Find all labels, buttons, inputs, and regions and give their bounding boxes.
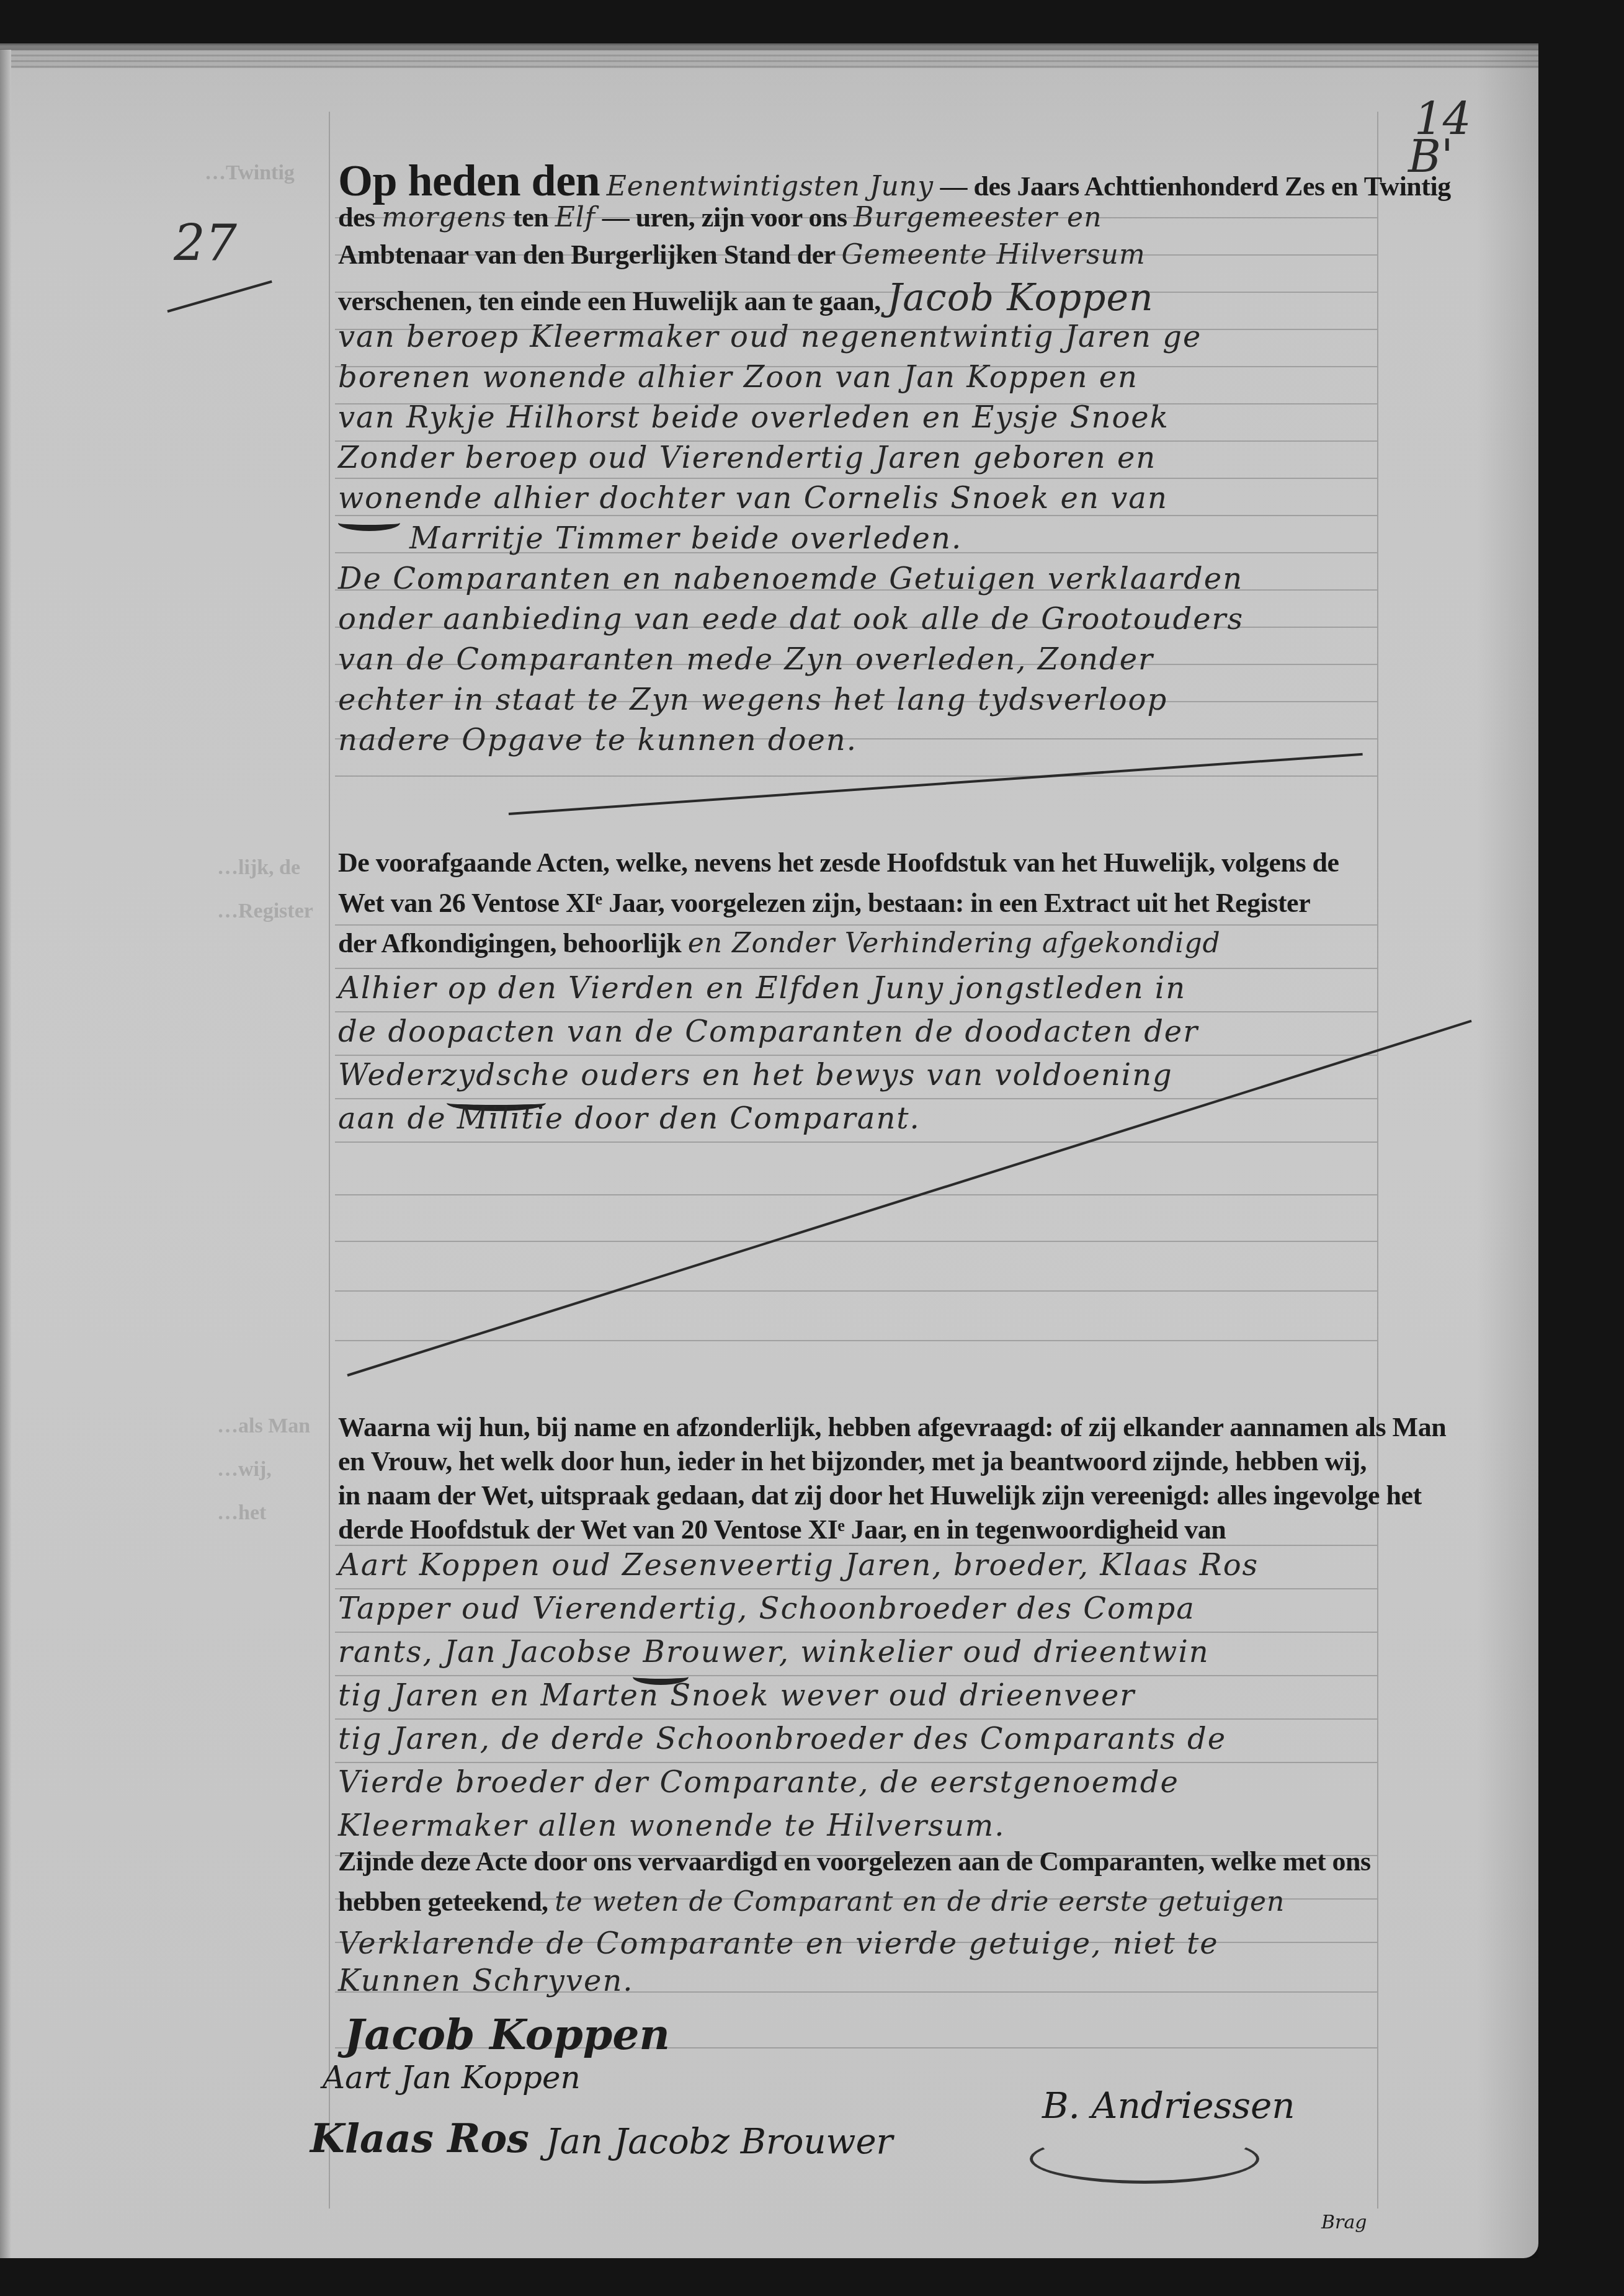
official-paraph-icon: [1030, 2134, 1259, 2184]
header-line-1: Op heden den Eenentwintigsten Juny — des…: [338, 155, 1451, 207]
signing-statement: te weten de Comparant en de drie eerste …: [555, 1886, 1285, 1918]
proclamation-status: en Zonder Verhindering afgekondigd: [688, 927, 1221, 959]
day-part: morgens: [381, 202, 506, 233]
header-line-4: verschenen, ten einde een Huwelijk aan t…: [338, 276, 1154, 319]
header-line-2: des morgens ten Elf — uren, zijn voor on…: [338, 202, 1102, 233]
binding-edge: [0, 50, 11, 2258]
flourish: [338, 515, 400, 531]
right-margin-rule: [1377, 112, 1378, 2209]
section-3-line-3: in naam der Wet, uitspraak gedaan, dat z…: [338, 1480, 1422, 1511]
signature-official: B. Andriessen: [1042, 2084, 1295, 2127]
page-top-edge: [0, 43, 1538, 68]
groom-name: Jacob Koppen: [887, 276, 1153, 319]
section-2-line-2: Wet van 26 Ventose XIᵉ Jaar, voorgelezen…: [338, 887, 1310, 919]
page-right-shadow: [1476, 50, 1538, 2258]
section-4-line-2: hebben geteekend, te weten de Comparant …: [338, 1886, 1285, 1918]
closing-line-2: Kunnen Schryven.: [338, 1963, 634, 1998]
left-margin-rule: [329, 112, 330, 2209]
section-2-line-1: De voorafgaande Acten, welke, nevens het…: [338, 847, 1339, 878]
act-number: 27: [174, 214, 237, 272]
hour: Elf: [555, 202, 596, 233]
marriage-date: Eenentwintigsten Juny: [607, 171, 934, 202]
signature-witness-3: Jan Jacobz Brouwer: [546, 2122, 893, 2162]
signature-groom: Jacob Koppen: [344, 2010, 670, 2060]
section-4-line-1: Zijnde deze Acte door ons vervaardigd en…: [338, 1846, 1371, 1877]
bleed-through-text: …het: [217, 1501, 266, 1525]
official-title: Burgemeester en: [854, 202, 1102, 233]
bottom-paraph: Brag: [1321, 2212, 1367, 2233]
bleed-through-text: …Register: [217, 900, 313, 923]
signature-witness-1: Aart Jan Koppen: [323, 2060, 581, 2096]
section-3-line-2: en Vrouw, het welk door hun, ieder in he…: [338, 1445, 1367, 1477]
bleed-through-text: …lijk, de: [217, 856, 300, 880]
section-3-line-1: Waarna wij hun, bij name en afzonderlijk…: [338, 1411, 1446, 1443]
closing-line-1: Verklarende de Comparante en vierde getu…: [338, 1926, 1219, 1961]
bleed-through-text: …als Man: [217, 1414, 310, 1438]
section-3-line-4: derde Hoofdstuk der Wet van 20 Ventose X…: [338, 1514, 1226, 1545]
bleed-through-text: …Twintig: [205, 161, 295, 185]
municipality: Gemeente Hilversum: [842, 239, 1146, 270]
section-2-line-3: der Afkondigingen, behoorlijk en Zonder …: [338, 927, 1221, 959]
header-line-3: Ambtenaar van den Burgerlijken Stand der…: [338, 239, 1146, 270]
signature-witness-2: Klaas Ros: [310, 2115, 529, 2162]
bleed-through-text: …wij,: [217, 1458, 272, 1481]
